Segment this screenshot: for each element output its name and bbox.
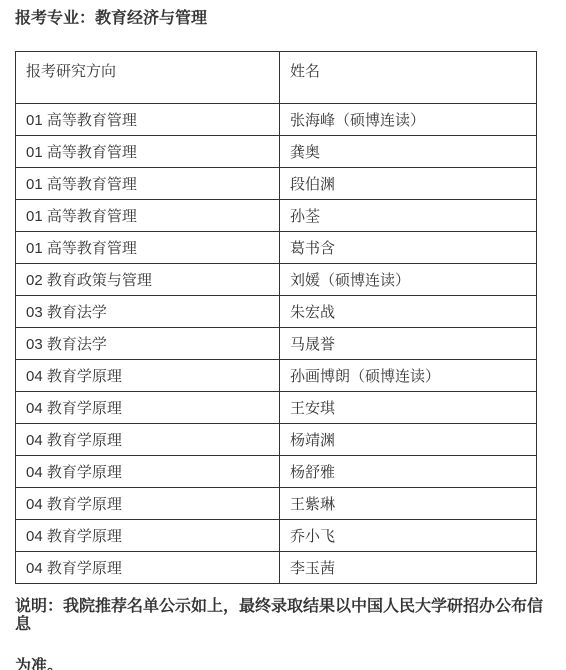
name-cell: 李玉茜 <box>280 552 537 584</box>
direction-cell: 01 高等教育管理 <box>16 168 280 200</box>
page-title: 报考专业：教育经济与管理 <box>15 10 551 28</box>
table-row: 04 教育学原理 杨靖渊 <box>16 424 537 456</box>
direction-cell: 01 高等教育管理 <box>16 136 280 168</box>
table-row: 02 教育政策与管理 刘媛（硕博连读） <box>16 264 537 296</box>
name-cell: 王安琪 <box>280 392 537 424</box>
table-body: 01 高等教育管理 张海峰（硕博连读） 01 高等教育管理 龚奥 01 高等教育… <box>16 104 537 584</box>
name-cell: 孙画博朗（硕博连读） <box>280 360 537 392</box>
name-cell: 段伯渊 <box>280 168 537 200</box>
table-row: 04 教育学原理 孙画博朗（硕博连读） <box>16 360 537 392</box>
table-row: 03 教育法学 朱宏战 <box>16 296 537 328</box>
direction-cell: 03 教育法学 <box>16 296 280 328</box>
name-cell: 王紫琳 <box>280 488 537 520</box>
column-header-direction: 报考研究方向 <box>16 52 280 104</box>
applicants-table: 报考研究方向 姓名 01 高等教育管理 张海峰（硕博连读） 01 高等教育管理 … <box>15 51 537 584</box>
name-cell: 龚奥 <box>280 136 537 168</box>
table-row: 04 教育学原理 杨舒雅 <box>16 456 537 488</box>
table-header: 报考研究方向 姓名 <box>16 52 537 104</box>
document-page: 报考专业：教育经济与管理 报考研究方向 姓名 01 高等教育管理 张海峰（硕博连… <box>0 0 566 670</box>
name-cell: 杨靖渊 <box>280 424 537 456</box>
direction-cell: 03 教育法学 <box>16 328 280 360</box>
table-row: 01 高等教育管理 龚奥 <box>16 136 537 168</box>
name-cell: 张海峰（硕博连读） <box>280 104 537 136</box>
direction-cell: 04 教育学原理 <box>16 360 280 392</box>
table-row: 04 教育学原理 王安琪 <box>16 392 537 424</box>
name-cell: 乔小飞 <box>280 520 537 552</box>
name-cell: 刘媛（硕博连读） <box>280 264 537 296</box>
direction-cell: 01 高等教育管理 <box>16 200 280 232</box>
name-cell: 朱宏战 <box>280 296 537 328</box>
direction-cell: 04 教育学原理 <box>16 392 280 424</box>
direction-cell: 01 高等教育管理 <box>16 232 280 264</box>
direction-cell: 04 教育学原理 <box>16 424 280 456</box>
direction-cell: 02 教育政策与管理 <box>16 264 280 296</box>
direction-cell: 04 教育学原理 <box>16 520 280 552</box>
direction-cell: 04 教育学原理 <box>16 552 280 584</box>
table-row: 01 高等教育管理 段伯渊 <box>16 168 537 200</box>
header-row: 报考研究方向 姓名 <box>16 52 537 104</box>
name-cell: 杨舒雅 <box>280 456 537 488</box>
table-row: 04 教育学原理 王紫琳 <box>16 488 537 520</box>
direction-cell: 04 教育学原理 <box>16 456 280 488</box>
table-row: 01 高等教育管理 葛书含 <box>16 232 537 264</box>
direction-cell: 04 教育学原理 <box>16 488 280 520</box>
column-header-name: 姓名 <box>280 52 537 104</box>
table-row: 01 高等教育管理 张海峰（硕博连读） <box>16 104 537 136</box>
name-cell: 马晟誉 <box>280 328 537 360</box>
table-row: 04 教育学原理 乔小飞 <box>16 520 537 552</box>
footer-note: 说明：我院推荐名单公示如上，最终录取结果以中国人民大学研招办公布信息 为准。 <box>15 598 551 670</box>
footer-note-line: 说明：我院推荐名单公示如上，最终录取结果以中国人民大学研招办公布信息 <box>15 598 551 634</box>
footer-note-line: 为准。 <box>15 658 551 670</box>
table-row: 04 教育学原理 李玉茜 <box>16 552 537 584</box>
name-cell: 葛书含 <box>280 232 537 264</box>
direction-cell: 01 高等教育管理 <box>16 104 280 136</box>
table-row: 01 高等教育管理 孙荃 <box>16 200 537 232</box>
name-cell: 孙荃 <box>280 200 537 232</box>
table-row: 03 教育法学 马晟誉 <box>16 328 537 360</box>
